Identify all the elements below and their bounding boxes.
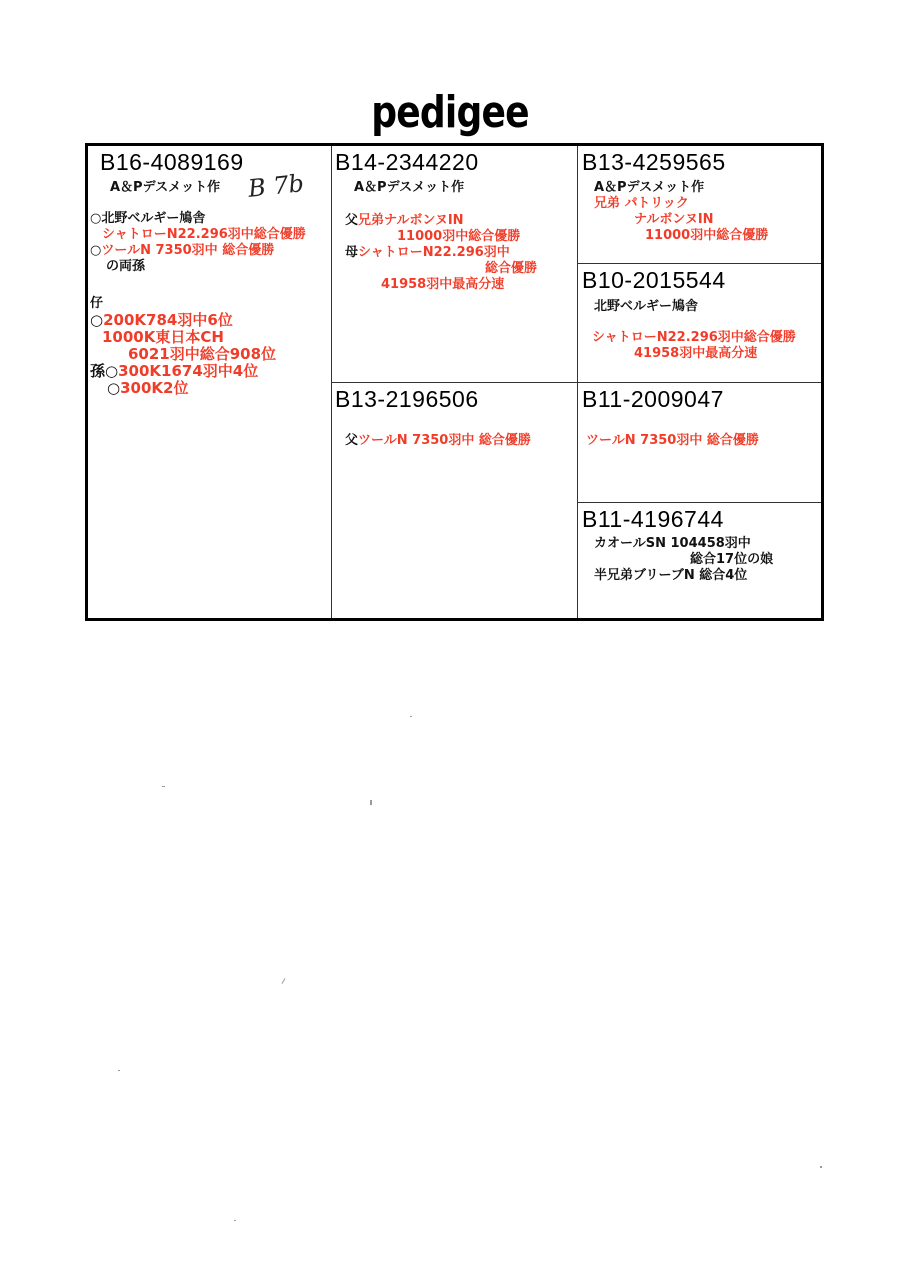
circle-marker: ○ (107, 379, 120, 397)
lineage-line: シャトローN22.296羽中総合優勝 (592, 330, 796, 346)
mother-label: 母 (345, 245, 358, 260)
offspring-results: 仔 ○200K784羽中6位 1000K東日本CH 6021羽中総合908位 孫… (90, 296, 276, 397)
lineage-line: 41958羽中最高分速 (592, 346, 796, 362)
cell-dam-sire: B11-2009047 ツールN 7350羽中 総合優勝 (578, 383, 821, 502)
lineage-line: ナルボンヌIN (594, 212, 768, 228)
breeder: A＆Pデスメット作 (110, 180, 220, 196)
scan-speck (118, 1070, 120, 1071)
ring-number: B13-2196506 (335, 386, 479, 412)
sire-sire-lineage: 兄弟 パトリック ナルボンヌIN 11000羽中総合優勝 (594, 196, 768, 244)
bird-lineage: ○北野ベルギー鳩舎 シャトローN22.296羽中総合優勝 ○ツールN 7350羽… (90, 211, 306, 275)
offspring-label: 仔 (90, 296, 276, 312)
ring-number: B13-4259565 (582, 149, 726, 175)
father-label: 父 (345, 433, 358, 448)
page-title: pedigee (81, 88, 819, 138)
father-label: 父 (345, 213, 358, 228)
circle-marker: ○ (90, 311, 103, 329)
circle-marker: ○ (90, 211, 101, 226)
lineage-line: 兄弟 パトリック (594, 196, 768, 212)
lineage-line: シャトローN22.296羽中 (358, 245, 510, 260)
dam-dam-lineage: カオールSN 104458羽中 総合17位の娘 半兄弟ブリーブN 総合4位 (594, 536, 773, 584)
lineage-line: ツールN 7350羽中 総合優勝 (358, 433, 531, 448)
lineage-line: 11000羽中総合優勝 (345, 229, 537, 245)
scan-speck (820, 1166, 822, 1168)
lineage-line: の両孫 (106, 259, 145, 274)
scan-speck (162, 786, 165, 787)
lineage-line: 北野ベルギー鳩舎 (101, 211, 205, 226)
scan-speck (282, 978, 286, 984)
lineage-line: 兄弟ナルボンヌIN (358, 213, 464, 228)
lineage-line: 総合優勝 (345, 261, 537, 277)
ring-number: B11-4196744 (582, 506, 724, 532)
cell-sire-sire: B13-4259565 A＆Pデスメット作 兄弟 パトリック ナルボンヌIN 1… (578, 146, 821, 263)
cell-sire-dam: B10-2015544 北野ベルギー鳩舎 シャトローN22.296羽中総合優勝 … (578, 264, 821, 382)
scan-speck (370, 800, 372, 805)
lineage-line: 11000羽中総合優勝 (594, 228, 768, 244)
ring-number: B10-2015544 (582, 267, 726, 293)
lineage-line: ツールN 7350羽中 総合優勝 (586, 433, 759, 449)
circle-marker: ○ (105, 362, 118, 380)
grandchild-label: 孫 (90, 362, 105, 380)
result-line: 300K1674羽中4位 (118, 362, 258, 380)
lineage-line: シャトローN22.296羽中総合優勝 (102, 227, 306, 242)
result-line: 6021羽中総合908位 (90, 346, 276, 363)
ring-number: B14-2344220 (335, 149, 479, 175)
result-line: 200K784羽中6位 (103, 311, 233, 329)
cell-dam-dam: B11-4196744 カオールSN 104458羽中 総合17位の娘 半兄弟ブ… (578, 503, 821, 618)
lineage-line: 総合17位の娘 (594, 552, 773, 568)
result-line: 1000K東日本CH (90, 329, 276, 346)
scan-speck (234, 1220, 236, 1221)
scan-speck (410, 716, 412, 717)
lineage-line: 41958羽中最高分速 (345, 277, 537, 293)
dam-lineage: 父ツールN 7350羽中 総合優勝 (345, 433, 531, 449)
ring-number: B11-2009047 (582, 386, 724, 412)
cell-bird: B16-4089169 A＆Pデスメット作 ○北野ベルギー鳩舎 シャトローN22… (88, 146, 331, 618)
cell-dam: B13-2196506 父ツールN 7350羽中 総合優勝 (332, 383, 577, 618)
sire-dam-lineage: シャトローN22.296羽中総合優勝 41958羽中最高分速 (592, 330, 796, 362)
circle-marker: ○ (90, 243, 101, 258)
lineage-line: ツールN 7350羽中 総合優勝 (101, 243, 274, 258)
cell-sire: B14-2344220 A＆Pデスメット作 父兄弟ナルボンヌIN 11000羽中… (332, 146, 577, 382)
lineage-line: カオールSN 104458羽中 (594, 536, 773, 552)
loft-name: 北野ベルギー鳩舎 (594, 299, 698, 315)
sire-lineage: 父兄弟ナルボンヌIN 11000羽中総合優勝 母シャトローN22.296羽中 総… (345, 213, 537, 293)
lineage-line: 半兄弟ブリーブN 総合4位 (594, 568, 773, 584)
breeder: A＆Pデスメット作 (354, 180, 464, 196)
pedigree-grid: B16-4089169 A＆Pデスメット作 ○北野ベルギー鳩舎 シャトローN22… (85, 143, 824, 621)
breeder: A＆Pデスメット作 (594, 180, 704, 196)
result-line: 300K2位 (120, 379, 188, 397)
ring-number: B16-4089169 (100, 149, 244, 175)
